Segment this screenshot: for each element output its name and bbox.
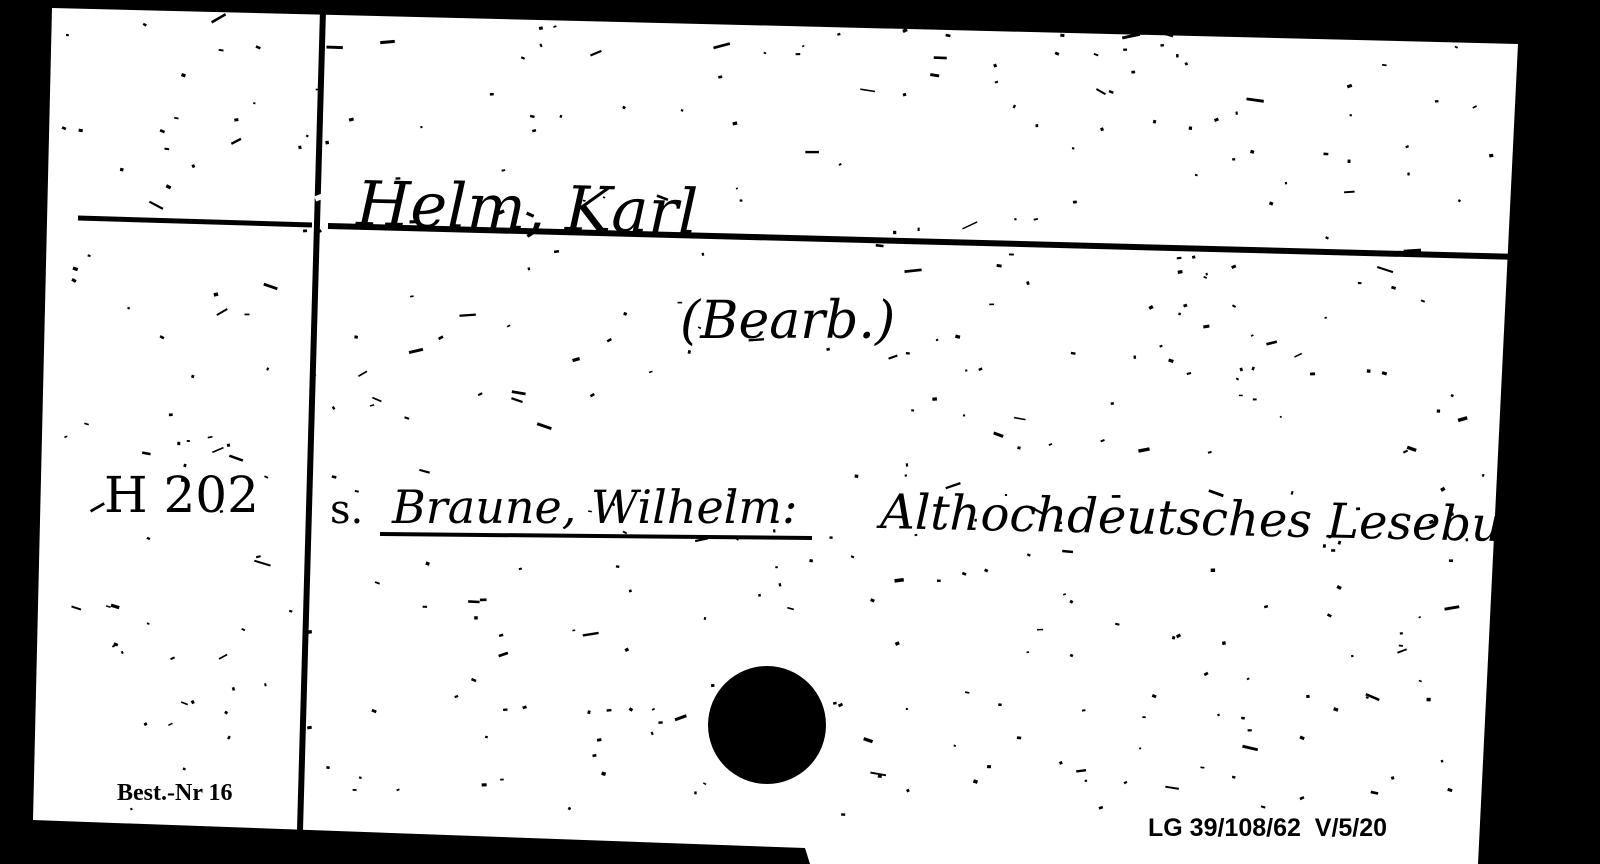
reference-person: Braune, Wilhelm:	[391, 480, 798, 534]
print-code: LG 39/108/62 V/5/20	[1148, 814, 1387, 842]
author-role: (Bearb.)	[680, 291, 895, 351]
scanned-card-view: Helm, Karl (Bearb.) H 202 s. Braune, Wil…	[0, 0, 1600, 864]
punch-hole	[708, 666, 826, 784]
card-canvas: Helm, Karl (Bearb.) H 202 s. Braune, Wil…	[0, 0, 1600, 864]
author-name: Helm, Karl	[355, 167, 699, 248]
order-number: Best.-Nr 16	[117, 780, 233, 806]
reference-prefix: s.	[330, 487, 363, 533]
column-divider-gap	[318, 195, 320, 200]
shelfmark: H 202	[104, 466, 259, 524]
